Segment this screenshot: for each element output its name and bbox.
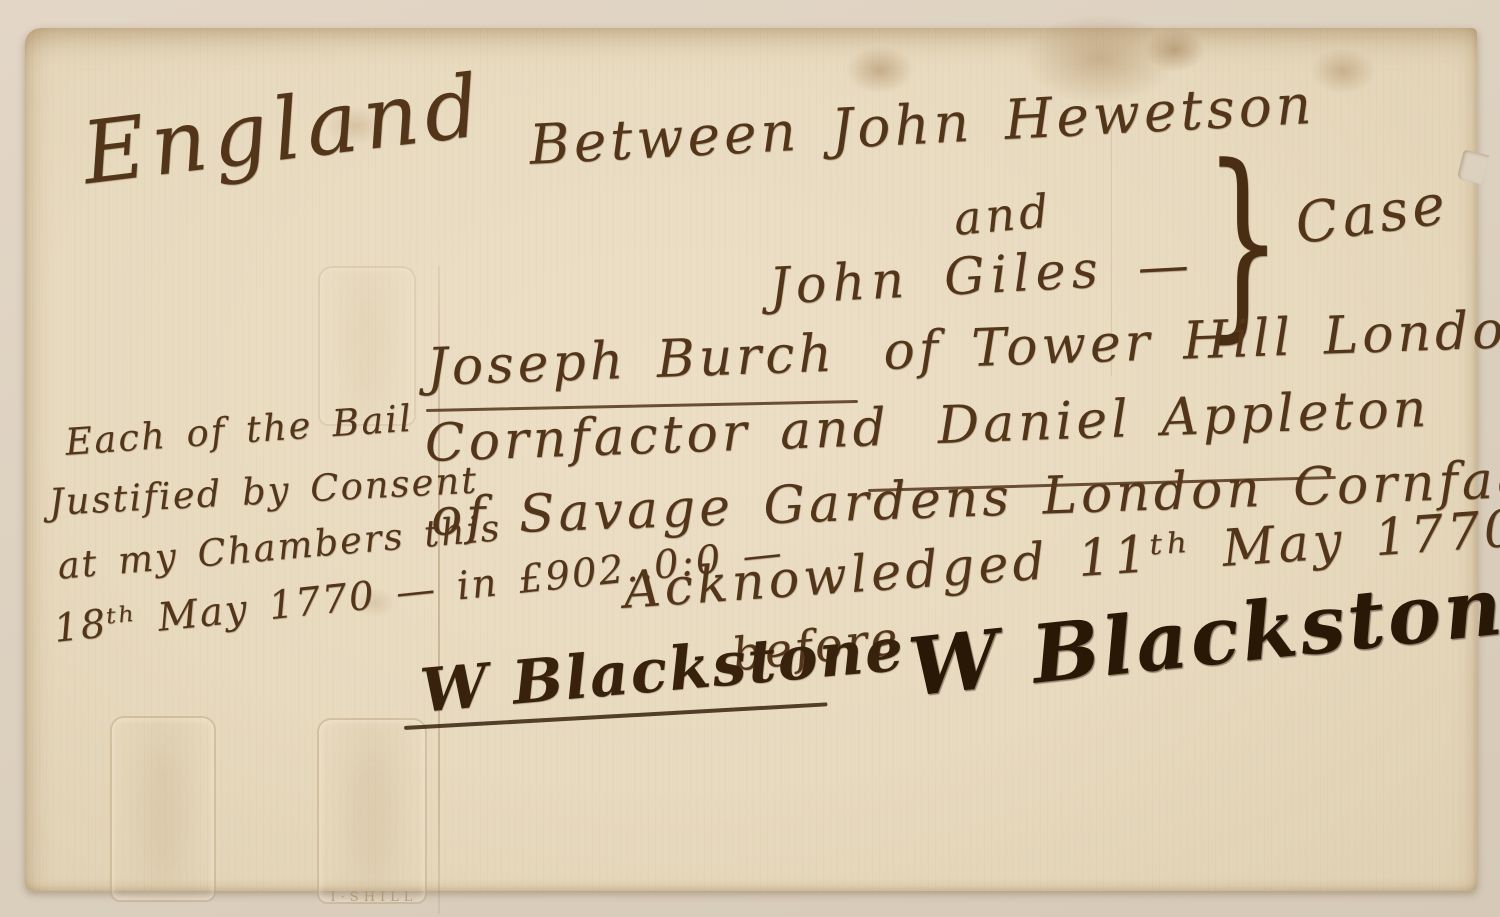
foxing-stain bbox=[1145, 28, 1205, 72]
paper-edge-tear bbox=[1457, 149, 1489, 184]
embossed-duty-stamp bbox=[110, 716, 216, 902]
manuscript-photograph: I·SHILL England Between John Hewetson an… bbox=[0, 0, 1500, 917]
embossed-duty-stamp bbox=[317, 718, 427, 904]
foxing-stain bbox=[845, 46, 915, 94]
and-conjunction: and bbox=[952, 187, 1054, 241]
embossed-stamp-inscription: I·SHILL bbox=[309, 890, 439, 905]
foxing-stain bbox=[1310, 48, 1376, 94]
